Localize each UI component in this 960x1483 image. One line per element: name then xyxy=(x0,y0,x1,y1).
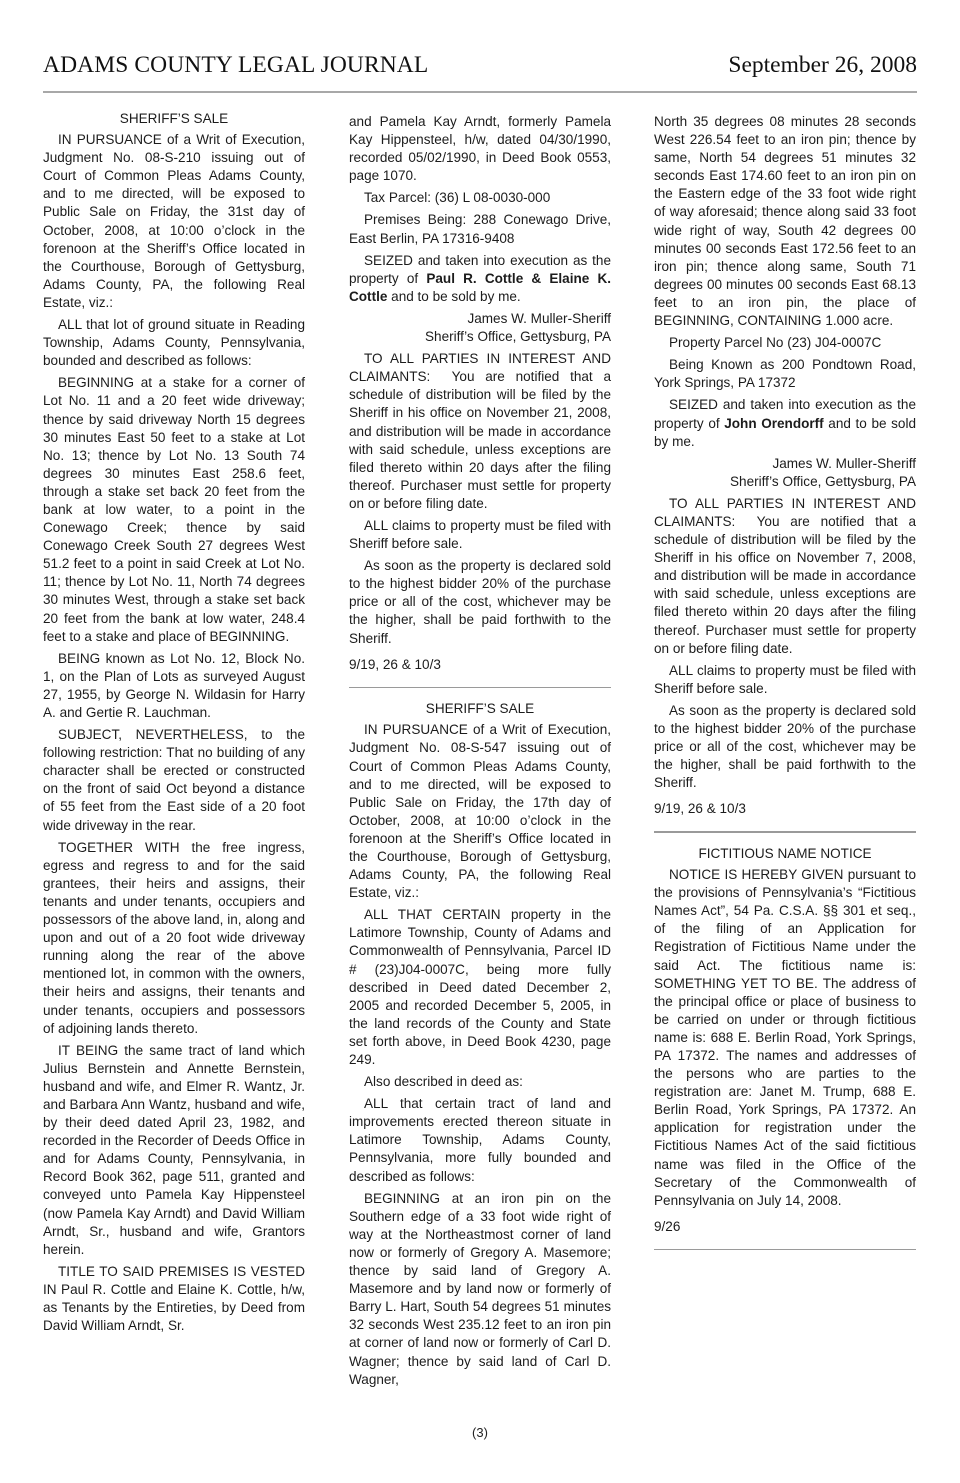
notice-parties-in-interest: TO ALL PARTIES IN INTEREST AND CLAIMANTS… xyxy=(654,495,916,658)
publication-dates: 9/19, 26 & 10/3 xyxy=(349,656,611,674)
notice-parties-in-interest: TO ALL PARTIES IN INTEREST AND CLAIMANTS… xyxy=(349,350,611,513)
sheriff-signature: James W. Muller-Sheriff xyxy=(654,455,916,473)
notice-claims: ALL claims to property must be filed wit… xyxy=(654,662,916,698)
seized-statement: SEIZED and taken into execution as the p… xyxy=(654,396,916,450)
section-divider xyxy=(654,831,916,833)
header-divider xyxy=(43,91,917,93)
notice-payment: As soon as the property is declared sold… xyxy=(654,702,916,792)
notice-heading: SHERIFF’S SALE xyxy=(43,110,305,128)
paragraph-it-being: IT BEING the same tract of land which Ju… xyxy=(43,1042,305,1259)
column-right: North 35 degrees 08 minutes 28 sec­onds … xyxy=(654,113,916,1262)
section-divider xyxy=(654,1249,916,1251)
issue-date: September 26, 2008 xyxy=(728,52,917,79)
column-left: SHERIFF’S SALE IN PURSUANCE of a Writ of… xyxy=(43,110,305,1339)
paragraph-all-that-certain: ALL THAT CERTAIN property in the Latimor… xyxy=(349,906,611,1069)
publication-dates: 9/19, 26 & 10/3 xyxy=(654,800,916,818)
paragraph-subject: SUBJECT, NEVERTHELESS, to the following … xyxy=(43,726,305,835)
journal-title: ADAMS COUNTY LEGAL JOURNAL xyxy=(43,52,428,79)
notice-payment: As soon as the property is declared sold… xyxy=(349,557,611,647)
paragraph-pursuance: IN PURSUANCE of a Writ of Execu­tion, Ju… xyxy=(43,131,305,312)
premises-address: Premises Being: 288 Conewago Drive, East… xyxy=(349,211,611,247)
page-number: (3) xyxy=(0,1425,960,1440)
paragraph-beginning: BEGINNING at a stake for a corner of Lot… xyxy=(43,374,305,645)
paragraph-lot-description: ALL that lot of ground situate in Readin… xyxy=(43,316,305,370)
notice-claims: ALL claims to property must be filed wit… xyxy=(349,517,611,553)
publication-dates: 9/26 xyxy=(654,1218,916,1236)
seized-statement: SEIZED and taken into execution as the p… xyxy=(349,252,611,306)
paragraph-tract: ALL that certain tract of land and impro… xyxy=(349,1095,611,1185)
paragraph-title-vested: TITLE TO SAID PREMISES IS VEST­ED IN Pau… xyxy=(43,1263,305,1335)
column-middle: and Pamela Kay Arndt, formerly Pamela Ka… xyxy=(349,113,611,1393)
paragraph-being-known: BEING known as Lot No. 12, Block No. 1, … xyxy=(43,650,305,722)
notice-heading: SHERIFF’S SALE xyxy=(349,700,611,718)
paragraph-continuation: and Pamela Kay Arndt, formerly Pamela Ka… xyxy=(349,113,611,185)
paragraph-together-with: TOGETHER WITH the free ingress, egress a… xyxy=(43,839,305,1038)
notice-heading: FICTITIOUS NAME NOTICE xyxy=(654,845,916,863)
paragraph-beginning: BEGINNING at an iron pin on the Southern… xyxy=(349,1190,611,1389)
journal-header: ADAMS COUNTY LEGAL JOURNAL September 26,… xyxy=(43,52,917,84)
fictitious-name-body: NOTICE IS HEREBY GIVEN pursuant to the p… xyxy=(654,866,916,1210)
paragraph-also-described: Also described in deed as: xyxy=(349,1073,611,1091)
tax-parcel: Tax Parcel: (36) L 08-0030-000 xyxy=(349,189,611,207)
sheriff-signature: James W. Muller-Sheriff xyxy=(349,310,611,328)
section-divider xyxy=(349,687,611,689)
property-address: Being Known as 200 Pondtown Road, York S… xyxy=(654,356,916,392)
property-owner: John Orendorff xyxy=(724,416,823,431)
paragraph-continuation: North 35 degrees 08 minutes 28 sec­onds … xyxy=(654,113,916,330)
sheriff-office: Sheriff’s Office, Gettysburg, PA xyxy=(654,473,916,491)
property-parcel: Property Parcel No (23) J04-0007C xyxy=(654,334,916,352)
sheriff-office: Sheriff’s Office, Gettysburg, PA xyxy=(349,328,611,346)
paragraph-pursuance: IN PURSUANCE of a Writ of Execu­tion, Ju… xyxy=(349,721,611,902)
